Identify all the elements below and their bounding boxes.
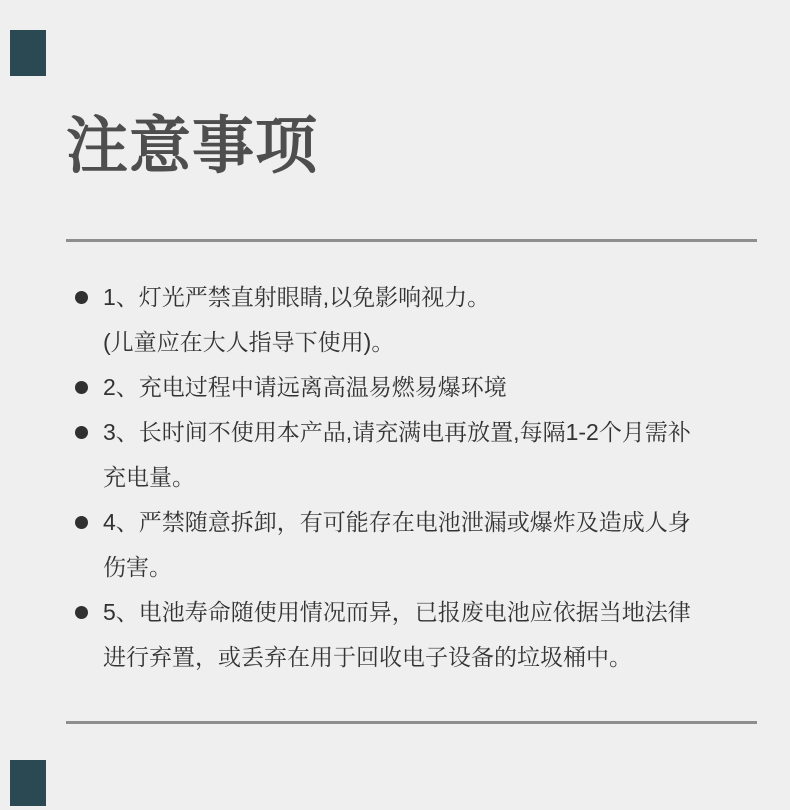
top-divider [66, 239, 757, 242]
note-line: 5、电池寿命随使用情况而异，已报废电池应依据当地法律 [103, 590, 691, 635]
note-text: 2、充电过程中请远离高温易燃易爆环境 [103, 365, 507, 410]
note-line: 进行弃置，或丢弃在用于回收电子设备的垃圾桶中。 [103, 635, 691, 680]
page-title: 注意事项 [66, 108, 318, 186]
note-text: 5、电池寿命随使用情况而异，已报废电池应依据当地法律 进行弃置，或丢弃在用于回收… [103, 590, 691, 680]
bullet-icon [75, 606, 88, 619]
bullet-icon [75, 291, 88, 304]
note-line: 1、灯光严禁直射眼睛,以免影响视力。 [103, 275, 490, 320]
note-text: 1、灯光严禁直射眼睛,以免影响视力。 (儿童应在大人指导下使用)。 [103, 275, 490, 365]
list-item: 4、严禁随意拆卸，有可能存在电池泄漏或爆炸及造成人身 伤害。 [75, 500, 735, 590]
list-item: 2、充电过程中请远离高温易燃易爆环境 [75, 365, 735, 410]
corner-accent-bottom [10, 760, 46, 806]
list-item: 1、灯光严禁直射眼睛,以免影响视力。 (儿童应在大人指导下使用)。 [75, 275, 735, 365]
list-item: 5、电池寿命随使用情况而异，已报废电池应依据当地法律 进行弃置，或丢弃在用于回收… [75, 590, 735, 680]
bullet-icon [75, 426, 88, 439]
note-line: 2、充电过程中请远离高温易燃易爆环境 [103, 365, 507, 410]
bullet-icon [75, 381, 88, 394]
precautions-page: 注意事项 1、灯光严禁直射眼睛,以免影响视力。 (儿童应在大人指导下使用)。 2… [0, 0, 790, 810]
note-line: 4、严禁随意拆卸，有可能存在电池泄漏或爆炸及造成人身 [103, 500, 691, 545]
note-line: (儿童应在大人指导下使用)。 [103, 320, 490, 365]
bullet-icon [75, 516, 88, 529]
bottom-divider [66, 721, 757, 724]
note-line: 伤害。 [103, 545, 691, 590]
corner-accent-top [10, 30, 46, 76]
notes-list: 1、灯光严禁直射眼睛,以免影响视力。 (儿童应在大人指导下使用)。 2、充电过程… [75, 275, 735, 680]
note-text: 3、长时间不使用本产品,请充满电再放置,每隔1-2个月需补 充电量。 [103, 410, 691, 500]
note-text: 4、严禁随意拆卸，有可能存在电池泄漏或爆炸及造成人身 伤害。 [103, 500, 691, 590]
note-line: 充电量。 [103, 455, 691, 500]
note-line: 3、长时间不使用本产品,请充满电再放置,每隔1-2个月需补 [103, 410, 691, 455]
list-item: 3、长时间不使用本产品,请充满电再放置,每隔1-2个月需补 充电量。 [75, 410, 735, 500]
